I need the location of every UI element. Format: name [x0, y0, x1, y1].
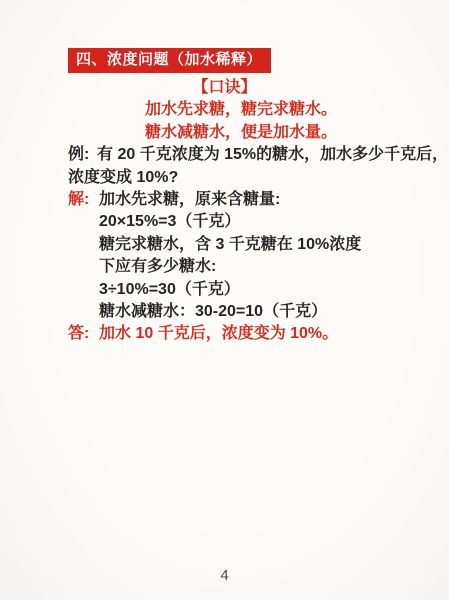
example-label: 例: [68, 144, 89, 166]
solution-first-step: 加水先求糖，原来含糖量: [99, 191, 280, 208]
solution-step: 糖完求糖水，含 3 千克糖在 10%浓度 [0, 234, 449, 256]
solution-line-1: 解: 加水先求糖，原来含糖量: [0, 189, 449, 211]
solution-step: 下应有多少糖水: [0, 256, 449, 278]
solution-step: 3÷10%=30（千克） [0, 279, 449, 301]
koujue-title: 【口诀】 [0, 77, 449, 99]
solution-step: 20×15%=3（千克） [0, 211, 449, 233]
example-line-1: 例: 有 20 千克浓度为 15%的糖水，加水多少千克后， [0, 144, 449, 166]
koujue-line-1: 加水先求糖，糖完求糖水。 [0, 99, 449, 121]
solution-label: 解: [68, 189, 89, 211]
example-line-2: 浓度变成 10%? [0, 167, 449, 189]
answer-line: 答: 加水 10 千克后，浓度变为 10%。 [0, 323, 449, 345]
textbook-page: 四、浓度问题（加水稀释） 【口诀】 加水先求糖，糖完求糖水。 糖水减糖水，便是加… [0, 0, 449, 600]
page-number: 4 [0, 567, 449, 584]
answer-text: 加水 10 千克后，浓度变为 10%。 [99, 325, 338, 342]
example-text-1: 有 20 千克浓度为 15%的糖水，加水多少千克后， [97, 146, 448, 163]
section-badge: 四、浓度问题（加水稀释） [68, 48, 271, 73]
answer-label: 答: [68, 323, 89, 345]
solution-step: 糖水减糖水：30-20=10（千克） [0, 301, 449, 323]
koujue-line-2: 糖水减糖水，便是加水量。 [0, 122, 449, 144]
page-content: 【口诀】 加水先求糖，糖完求糖水。 糖水减糖水，便是加水量。 例: 有 20 千… [0, 77, 449, 346]
